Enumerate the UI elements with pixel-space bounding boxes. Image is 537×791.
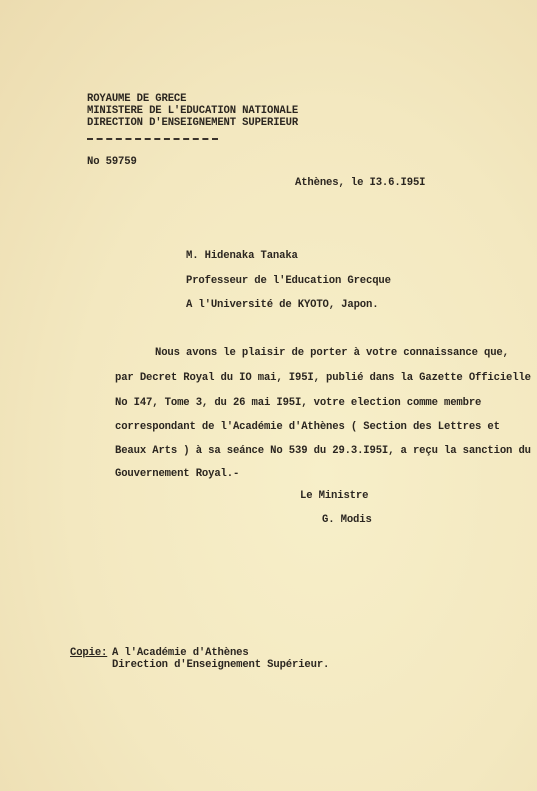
- letterhead-direction: DIRECTION D'ENSEIGNEMENT SUPERIEUR: [87, 117, 298, 129]
- recipient-institution: A l'Université de KYOTO, Japon.: [186, 299, 378, 311]
- body-line: Nous avons le plaisir de porter à votre …: [155, 347, 509, 359]
- copy-recipient-direction: Direction d'Enseignement Supérieur.: [112, 659, 329, 671]
- place-date: Athènes, le I3.6.I95I: [295, 177, 425, 189]
- copy-recipient-academy: A l'Académie d'Athènes: [112, 647, 249, 659]
- recipient-name: M. Hidenaka Tanaka: [186, 250, 298, 262]
- letterhead-ministry: MINISTERE DE L'EDUCATION NATIONALE: [87, 105, 298, 117]
- copy-label: Copie:: [70, 647, 107, 659]
- recipient-title: Professeur de l'Education Grecque: [186, 275, 391, 287]
- signature-role: Le Ministre: [300, 490, 368, 502]
- body-line: par Decret Royal du IO mai, I95I, publié…: [115, 372, 531, 384]
- body-line: correspondant de l'Académie d'Athènes ( …: [115, 421, 500, 433]
- body-line: Beaux Arts ) à sa seánce No 539 du 29.3.…: [115, 445, 531, 457]
- signature-name: G. Modis: [322, 514, 372, 526]
- letterhead-kingdom: ROYAUME DE GRECE: [87, 93, 186, 105]
- letterhead-divider: [87, 138, 218, 140]
- body-line: Gouvernement Royal.-: [115, 468, 239, 480]
- reference-number: No 59759: [87, 156, 137, 168]
- body-line: No I47, Tome 3, du 26 mai I95I, votre el…: [115, 397, 481, 409]
